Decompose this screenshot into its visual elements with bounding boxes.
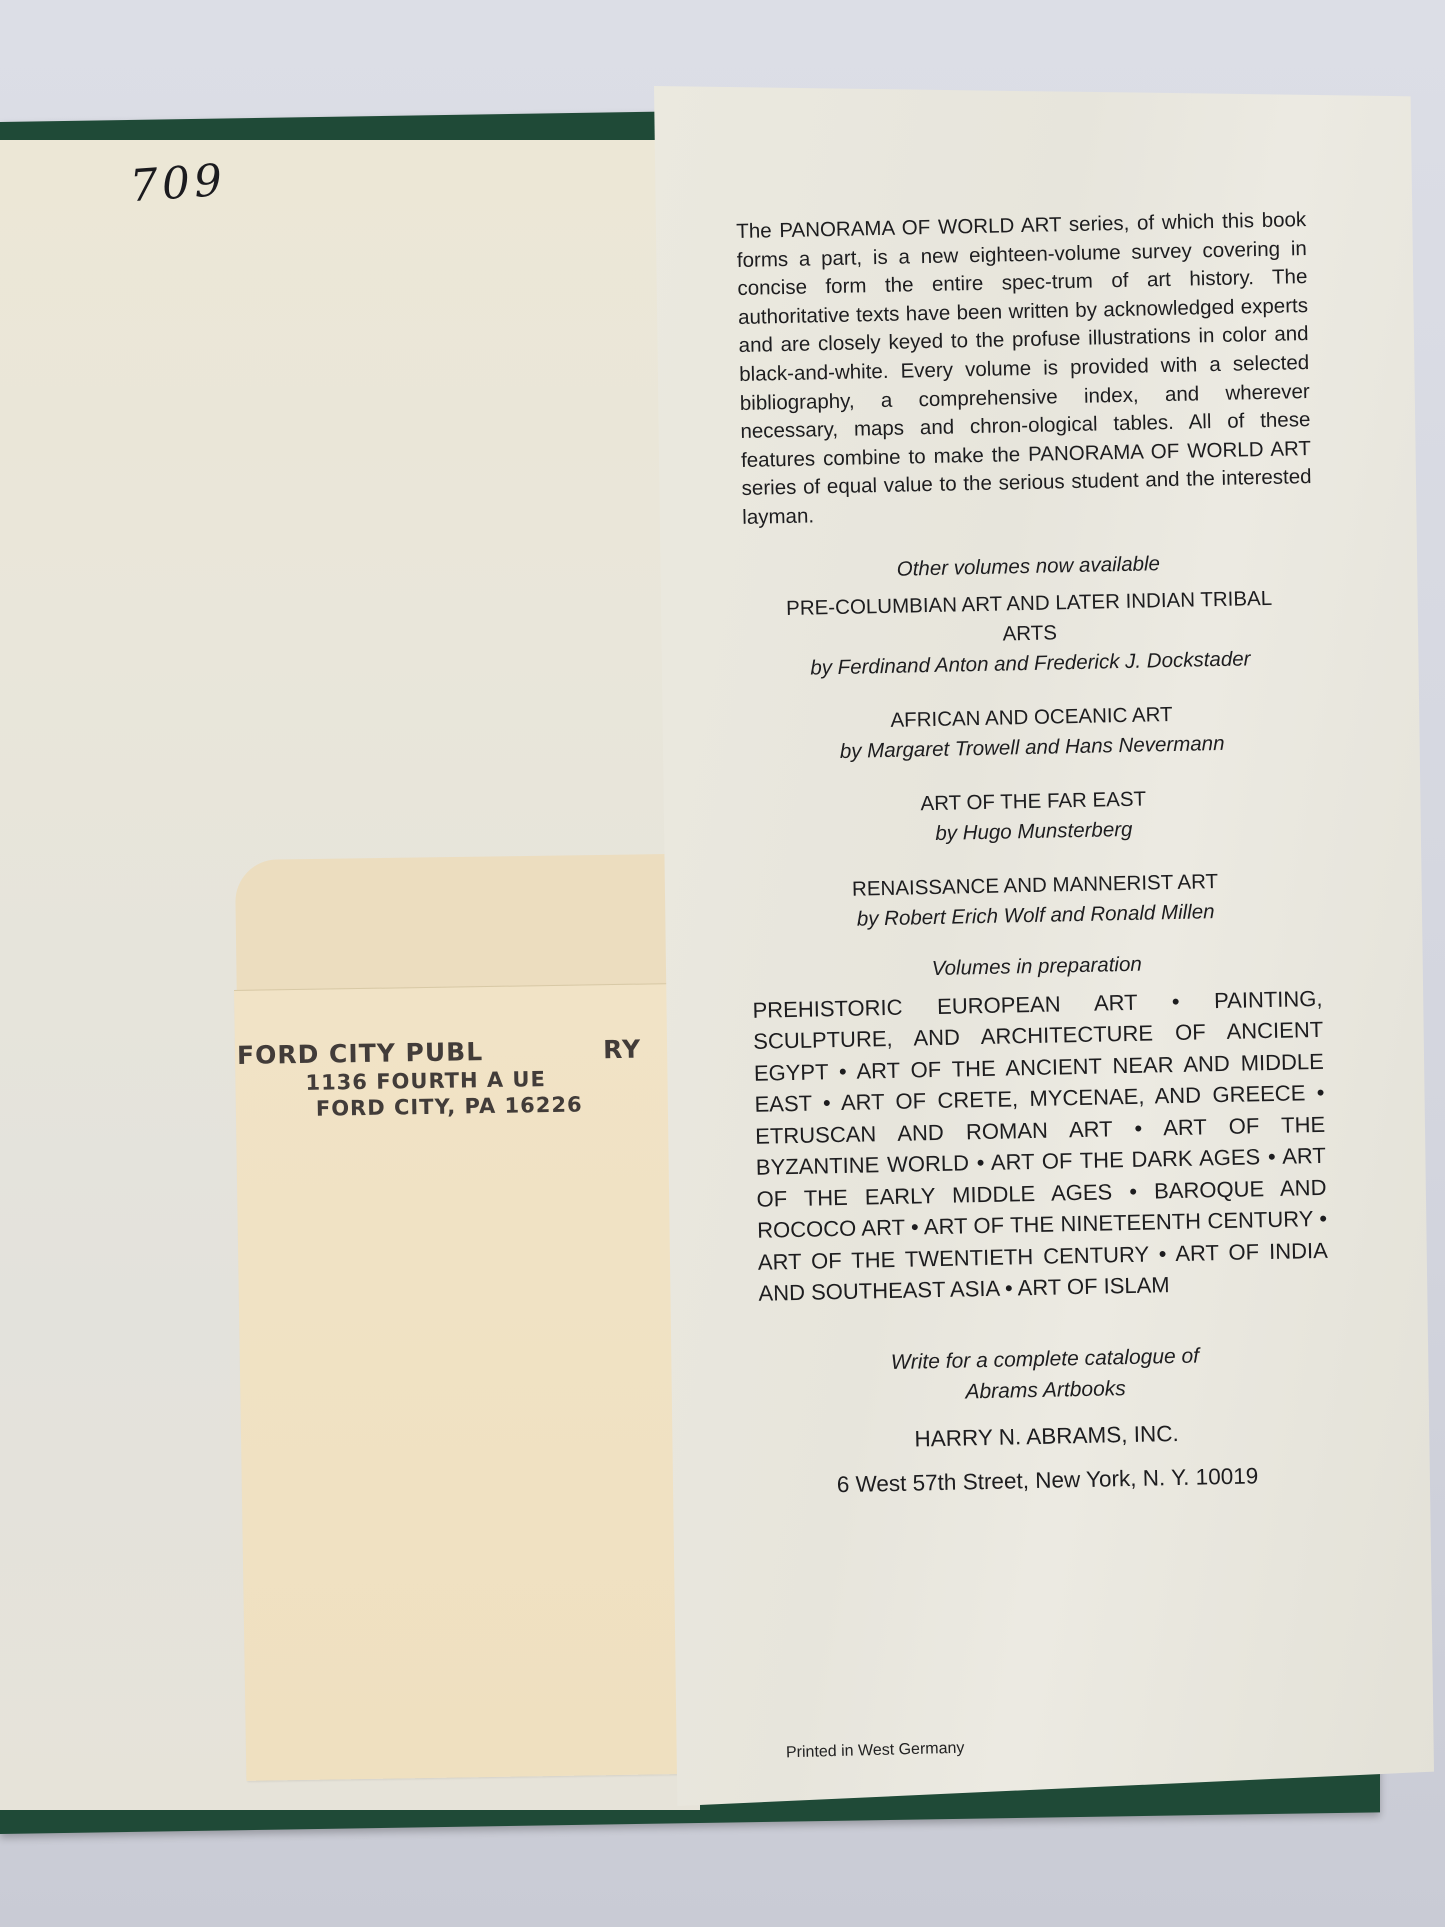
handwritten-call-number: 709 bbox=[128, 155, 227, 213]
publisher-name: HARRY N. ABRAMS, INC. bbox=[761, 1417, 1331, 1455]
stamp-line-1-right: RY bbox=[603, 1035, 641, 1065]
flap-text: The PANORAMA OF WORLD ART series, of whi… bbox=[736, 206, 1333, 1499]
preparation-heading: Volumes in preparation bbox=[752, 948, 1322, 984]
volume-entry: RENAISSANCE AND MANNERIST ART by Robert … bbox=[750, 864, 1321, 936]
library-card-pocket[interactable]: FORD CITY PUBLRY 1136 FOURTH A UE FORD C… bbox=[234, 983, 698, 1781]
stamp-line-1-left: FORD CITY PUBL bbox=[237, 1037, 484, 1070]
volume-entry: ART OF THE FAR EAST by Hugo Munsterberg bbox=[748, 780, 1319, 852]
volume-entry: PRE-COLUMBIAN ART AND LATER INDIAN TRIBA… bbox=[744, 583, 1316, 685]
library-stamp: FORD CITY PUBLRY 1136 FOURTH A UE FORD C… bbox=[237, 1034, 678, 1122]
preparation-list: PREHISTORIC EUROPEAN ART • PAINTING, SCU… bbox=[752, 982, 1328, 1309]
available-heading: Other volumes now available bbox=[743, 549, 1313, 585]
series-intro: The PANORAMA OF WORLD ART series, of whi… bbox=[736, 206, 1312, 532]
volume-entry: AFRICAN AND OCEANIC ART by Margaret Trow… bbox=[746, 696, 1317, 768]
stamp-line-1: FORD CITY PUBLRY bbox=[237, 1034, 677, 1070]
stamp-line-3: FORD CITY, PA 16226 bbox=[316, 1091, 678, 1121]
stamp-line-2: 1136 FOURTH A UE bbox=[305, 1065, 677, 1095]
catalogue-note: Write for a complete catalogue of Abrams… bbox=[760, 1337, 1331, 1411]
